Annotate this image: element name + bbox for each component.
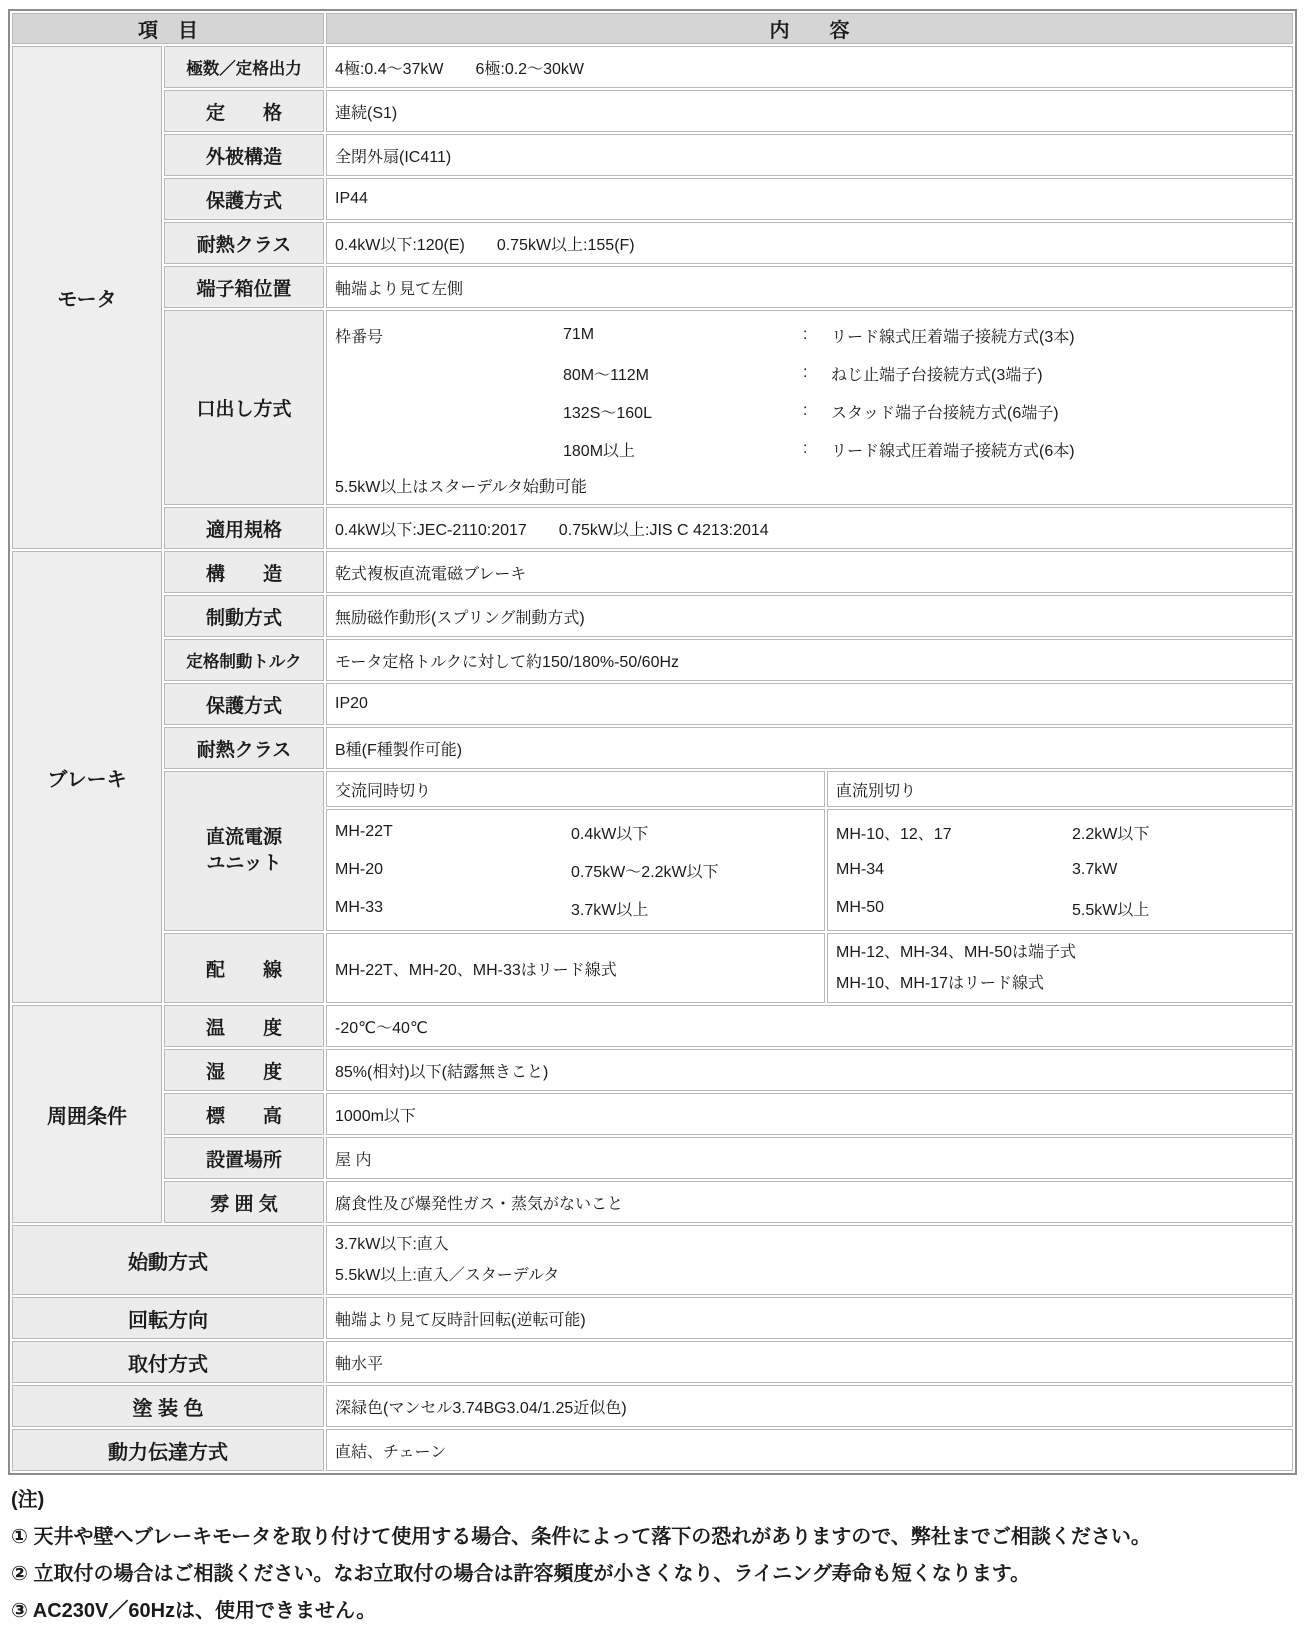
rotation-label: 回転方向 [12, 1297, 324, 1339]
brake-protection-label: 保護方式 [164, 683, 324, 725]
leadout-spacer [335, 430, 563, 468]
dc-ac-range-0: 0.4kW以下 [571, 813, 816, 851]
leadout-frame-0: 71M [563, 316, 803, 354]
brake-dc-header-row: 直流電源 ユニット 交流同時切り 直流別切り [12, 771, 1293, 807]
brake-braking-row: 制動方式 無励磁作動形(スプリング制動方式) [12, 595, 1293, 637]
header-item-label: 項 目 [12, 13, 324, 44]
motor-protection-value: IP44 [326, 178, 1293, 220]
leadout-frame-header: 枠番号 [335, 316, 563, 354]
motor-thermal-label: 耐熱クラス [164, 222, 324, 264]
motor-terminal-box-row: 端子箱位置 軸端より見て左側 [12, 266, 1293, 308]
leadout-colon-0: : [803, 316, 831, 354]
motor-terminal-box-label: 端子箱位置 [164, 266, 324, 308]
transmission-label: 動力伝達方式 [12, 1429, 324, 1471]
brake-torque-value: モータ定格トルクに対して約150/180%-50/60Hz [326, 639, 1293, 681]
ambient-location-row: 設置場所 屋 内 [12, 1137, 1293, 1179]
leadout-colon-3: : [803, 430, 831, 468]
leadout-frame-2: 132S～160L [563, 392, 803, 430]
paint-color-value: 深緑色(マンセル3.74BG3.04/1.25近似色) [326, 1385, 1293, 1427]
brake-braking-label: 制動方式 [164, 595, 324, 637]
leadout-spacer [335, 392, 563, 430]
motor-terminal-box-value: 軸端より見て左側 [326, 266, 1293, 308]
leadout-note: 5.5kW以上はスターデルタ始動可能 [335, 471, 1284, 499]
ambient-altitude-value: 1000m以下 [326, 1093, 1293, 1135]
ambient-humidity-row: 湿 度 85%(相対)以下(結露無きこと) [12, 1049, 1293, 1091]
motor-leadout-label: 口出し方式 [164, 310, 324, 505]
brake-structure-value: 乾式複板直流電磁ブレーキ [326, 551, 1293, 593]
header-content-label: 内 容 [326, 13, 1293, 44]
brake-thermal-value: B種(F種製作可能) [326, 727, 1293, 769]
leadout-method-2: スタッド端子台接続方式(6端子) [831, 392, 1284, 430]
mounting-value: 軸水平 [326, 1341, 1293, 1383]
leadout-colon-2: : [803, 392, 831, 430]
motor-enclosure-row: 外被構造 全閉外扇(IC411) [12, 134, 1293, 176]
brake-dc-dc-list: MH-10、12、17 2.2kW以下 MH-34 3.7kW MH-50 5.… [827, 809, 1293, 931]
brake-dc-dc-header: 直流別切り [827, 771, 1293, 807]
brake-group-label: ブレーキ [12, 551, 162, 1003]
motor-rating-value: 連続(S1) [326, 90, 1293, 132]
brake-dc-ac-list: MH-22T 0.4kW以下 MH-20 0.75kW～2.2kW以下 MH-3… [326, 809, 825, 931]
starting-method-value: 3.7kW以下:直入 5.5kW以上:直入／スターデルタ [326, 1225, 1293, 1295]
spec-table: 項 目 内 容 モータ 極数／定格出力 4極:0.4～37kW 6極:0.2～3… [8, 9, 1297, 1475]
dc-dc-range-2: 5.5kW以上 [1072, 889, 1284, 927]
ambient-altitude-label: 標 高 [164, 1093, 324, 1135]
dc-dc-model-1: MH-34 [836, 851, 1072, 889]
brake-dc-ac-header: 交流同時切り [326, 771, 825, 807]
brake-dc-unit-label-line1: 直流電源 [165, 825, 323, 851]
motor-thermal-value: 0.4kW以下:120(E) 0.75kW以上:155(F) [326, 222, 1293, 264]
leadout-frame-3: 180M以上 [563, 430, 803, 468]
motor-enclosure-value: 全閉外扇(IC411) [326, 134, 1293, 176]
ambient-humidity-label: 湿 度 [164, 1049, 324, 1091]
dc-ac-range-1: 0.75kW～2.2kW以下 [571, 851, 816, 889]
dc-ac-model-2: MH-33 [335, 889, 571, 927]
motor-standards-value: 0.4kW以下:JEC-2110:2017 0.75kW以上:JIS C 421… [326, 507, 1293, 549]
mounting-row: 取付方式 軸水平 [12, 1341, 1293, 1383]
brake-structure-row: ブレーキ 構 造 乾式複板直流電磁ブレーキ [12, 551, 1293, 593]
leadout-method-1: ねじ止端子台接続方式(3端子) [831, 354, 1284, 392]
dc-ac-range-2: 3.7kW以上 [571, 889, 816, 927]
leadout-method-3: リード線式圧着端子接続方式(6本) [831, 430, 1284, 468]
leadout-frame-table: 枠番号 71M : リード線式圧着端子接続方式(3本) 80M～112M : ね… [335, 316, 1284, 468]
mounting-label: 取付方式 [12, 1341, 324, 1383]
ambient-temp-row: 周囲条件 温 度 -20℃～40℃ [12, 1005, 1293, 1047]
leadout-colon-1: : [803, 354, 831, 392]
motor-enclosure-label: 外被構造 [164, 134, 324, 176]
brake-dc-unit-label: 直流電源 ユニット [164, 771, 324, 931]
brake-thermal-label: 耐熱クラス [164, 727, 324, 769]
motor-poles-value: 4極:0.4～37kW 6極:0.2～30kW [326, 46, 1293, 88]
brake-wiring-left: MH-22T、MH-20、MH-33はリード線式 [326, 933, 825, 1003]
dc-dc-range-1: 3.7kW [1072, 851, 1284, 889]
motor-poles-label: 極数／定格出力 [164, 46, 324, 88]
starting-method-label: 始動方式 [12, 1225, 324, 1295]
header-row: 項 目 内 容 [12, 13, 1293, 44]
dc-ac-units-table: MH-22T 0.4kW以下 MH-20 0.75kW～2.2kW以下 MH-3… [335, 813, 816, 927]
note-item-2: ② 立取付の場合はご相談ください。なお立取付の場合は許容頻度が小さくなり、ライニ… [11, 1559, 1297, 1589]
leadout-method-0: リード線式圧着端子接続方式(3本) [831, 316, 1284, 354]
note-item-3: ③ AC230V／60Hzは、使用できません。 [11, 1596, 1297, 1626]
dc-dc-units-table: MH-10、12、17 2.2kW以下 MH-34 3.7kW MH-50 5.… [836, 813, 1284, 927]
ambient-humidity-value: 85%(相対)以下(結露無きこと) [326, 1049, 1293, 1091]
brake-thermal-row: 耐熱クラス B種(F種製作可能) [12, 727, 1293, 769]
starting-method-line1: 3.7kW以下:直入 [335, 1229, 1284, 1260]
motor-leadout-value: 枠番号 71M : リード線式圧着端子接続方式(3本) 80M～112M : ね… [326, 310, 1293, 505]
leadout-spacer [335, 354, 563, 392]
motor-standards-label: 適用規格 [164, 507, 324, 549]
ambient-temp-label: 温 度 [164, 1005, 324, 1047]
ambient-group-label: 周囲条件 [12, 1005, 162, 1223]
ambient-atmosphere-label: 雰 囲 気 [164, 1181, 324, 1223]
dc-ac-model-0: MH-22T [335, 813, 571, 851]
brake-torque-label: 定格制動トルク [164, 639, 324, 681]
notes-title: (注) [11, 1485, 1297, 1515]
ambient-altitude-row: 標 高 1000m以下 [12, 1093, 1293, 1135]
ambient-atmosphere-value: 腐食性及び爆発性ガス・蒸気がないこと [326, 1181, 1293, 1223]
rotation-value: 軸端より見て反時計回転(逆転可能) [326, 1297, 1293, 1339]
ambient-atmosphere-row: 雰 囲 気 腐食性及び爆発性ガス・蒸気がないこと [12, 1181, 1293, 1223]
dc-dc-range-0: 2.2kW以下 [1072, 813, 1284, 851]
motor-poles-row: モータ 極数／定格出力 4極:0.4～37kW 6極:0.2～30kW [12, 46, 1293, 88]
dc-dc-model-2: MH-50 [836, 889, 1072, 927]
brake-protection-row: 保護方式 IP20 [12, 683, 1293, 725]
motor-protection-row: 保護方式 IP44 [12, 178, 1293, 220]
brake-braking-value: 無励磁作動形(スプリング制動方式) [326, 595, 1293, 637]
paint-color-label: 塗 装 色 [12, 1385, 324, 1427]
motor-rating-row: 定 格 連続(S1) [12, 90, 1293, 132]
starting-method-row: 始動方式 3.7kW以下:直入 5.5kW以上:直入／スターデルタ [12, 1225, 1293, 1295]
notes-section: (注) ① 天井や壁へブレーキモータを取り付けて使用する場合、条件によって落下の… [8, 1475, 1297, 1626]
leadout-frame-1: 80M～112M [563, 354, 803, 392]
brake-wiring-row: 配 線 MH-22T、MH-20、MH-33はリード線式 MH-12、MH-34… [12, 933, 1293, 1003]
dc-dc-model-0: MH-10、12、17 [836, 813, 1072, 851]
motor-protection-label: 保護方式 [164, 178, 324, 220]
rotation-row: 回転方向 軸端より見て反時計回転(逆転可能) [12, 1297, 1293, 1339]
paint-color-row: 塗 装 色 深緑色(マンセル3.74BG3.04/1.25近似色) [12, 1385, 1293, 1427]
motor-rating-label: 定 格 [164, 90, 324, 132]
starting-method-line2: 5.5kW以上:直入／スターデルタ [335, 1260, 1284, 1291]
brake-wiring-right-line1: MH-12、MH-34、MH-50は端子式 [836, 937, 1284, 968]
brake-torque-row: 定格制動トルク モータ定格トルクに対して約150/180%-50/60Hz [12, 639, 1293, 681]
brake-wiring-right: MH-12、MH-34、MH-50は端子式 MH-10、MH-17はリード線式 [827, 933, 1293, 1003]
motor-leadout-row: 口出し方式 枠番号 71M : リード線式圧着端子接続方式(3本) 80M～11… [12, 310, 1293, 505]
brake-protection-value: IP20 [326, 683, 1293, 725]
motor-group-label: モータ [12, 46, 162, 549]
dc-ac-model-1: MH-20 [335, 851, 571, 889]
transmission-row: 動力伝達方式 直結、チェーン [12, 1429, 1293, 1471]
ambient-location-label: 設置場所 [164, 1137, 324, 1179]
brake-structure-label: 構 造 [164, 551, 324, 593]
brake-wiring-right-line2: MH-10、MH-17はリード線式 [836, 968, 1284, 999]
ambient-temp-value: -20℃～40℃ [326, 1005, 1293, 1047]
motor-thermal-row: 耐熱クラス 0.4kW以下:120(E) 0.75kW以上:155(F) [12, 222, 1293, 264]
spec-sheet-page: 項 目 内 容 モータ 極数／定格出力 4極:0.4～37kW 6極:0.2～3… [0, 0, 1305, 1640]
ambient-location-value: 屋 内 [326, 1137, 1293, 1179]
brake-dc-unit-label-line2: ユニット [165, 851, 323, 877]
motor-standards-row: 適用規格 0.4kW以下:JEC-2110:2017 0.75kW以上:JIS … [12, 507, 1293, 549]
transmission-value: 直結、チェーン [326, 1429, 1293, 1471]
note-item-1: ① 天井や壁へブレーキモータを取り付けて使用する場合、条件によって落下の恐れがあ… [11, 1522, 1297, 1552]
brake-wiring-label: 配 線 [164, 933, 324, 1003]
